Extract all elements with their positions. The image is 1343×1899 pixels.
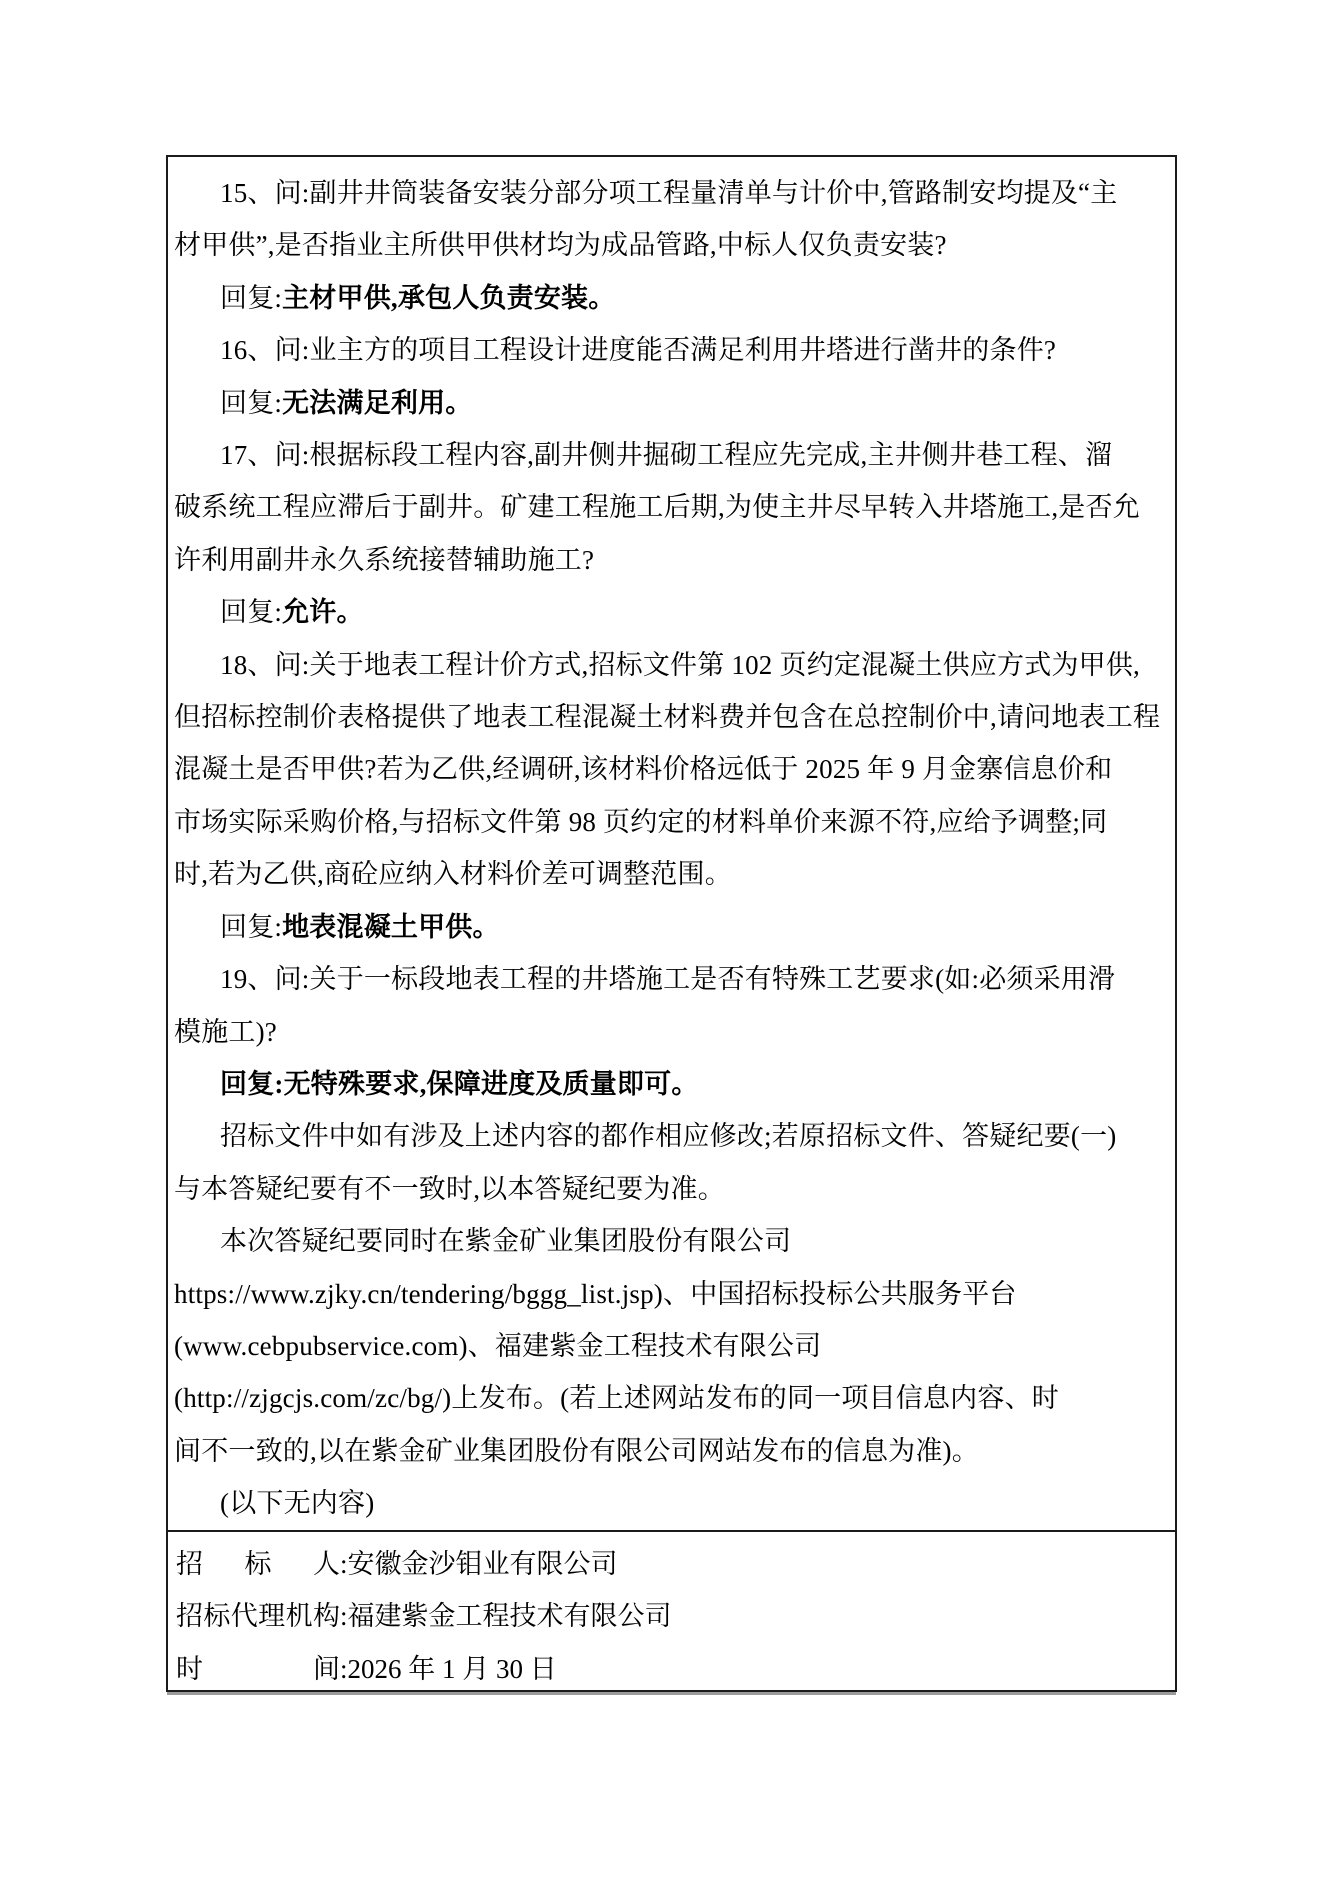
footer-label: 时间 — [176, 1643, 340, 1688]
body-text: 破系统工程应滞后于副井。矿建工程施工后期,为使主井尽早转入井塔施工,是否允 — [174, 492, 1140, 522]
body-text: 回复: — [220, 283, 282, 313]
footer-label: 招标人 — [176, 1538, 340, 1590]
body-text: 19、问:关于一标段地表工程的井塔施工是否有特殊工艺要求(如:必须采用滑 — [220, 964, 1115, 994]
body-text: https://www.zjky.cn/tendering/bggg_list.… — [174, 1279, 1017, 1309]
body-text: 回复: — [220, 388, 282, 418]
footer-label-colon: : — [340, 1654, 348, 1684]
footer-label-char: 机 — [286, 1590, 313, 1642]
footer-label: 招标代理机构 — [176, 1590, 340, 1642]
footer-label-colon: : — [340, 1601, 348, 1631]
document-line: https://www.zjky.cn/tendering/bggg_list.… — [174, 1268, 1173, 1320]
document-line: 模施工)? — [174, 1006, 1173, 1058]
document-line: 市场实际采购价格,与招标文件第 98 页约定的材料单价来源不符,应给予调整;同 — [174, 796, 1173, 848]
footer-value: 安徽金沙钼业有限公司 — [348, 1549, 618, 1579]
body-text: 15、问:副井井筒装备安装分部分项工程量清单与计价中,管路制安均提及“主 — [220, 178, 1117, 208]
footer-label-char: 代 — [231, 1590, 258, 1642]
document-line: 时,若为乙供,商砼应纳入材料价差可调整范围。 — [174, 848, 1173, 900]
footer-row: 招标人:安徽金沙钼业有限公司 — [176, 1538, 1173, 1590]
body-text: 17、问:根据标段工程内容,副井侧井掘砌工程应先完成,主井侧井巷工程、溜 — [220, 440, 1112, 470]
body-text: 回复: — [220, 912, 282, 942]
answer-text: 地表混凝土甲供。 — [282, 912, 500, 942]
footer-label-char: 构 — [313, 1590, 340, 1642]
body-text: (www.cebpubservice.com)、福建紫金工程技术有限公司 — [174, 1331, 821, 1361]
document-line: 混凝土是否甲供?若为乙供,经调研,该材料价格远低于 2025 年 9 月金寨信息… — [174, 743, 1173, 795]
answer-text: 无法满足利用。 — [282, 388, 472, 418]
document-line: 与本答疑纪要有不一致时,以本答疑纪要为准。 — [174, 1163, 1173, 1215]
footer-label-colon: : — [340, 1549, 348, 1579]
answer-text: 主材甲供,承包人负责安装。 — [282, 283, 615, 313]
body-text: 市场实际采购价格,与招标文件第 98 页约定的材料单价来源不符,应给予调整;同 — [174, 807, 1107, 837]
footer-label-char: 招 — [176, 1538, 203, 1590]
body-text: (http://zjgcjs.com/zc/bg/)上发布。(若上述网站发布的同… — [174, 1383, 1059, 1413]
footer-value: 2026 年 1 月 30 日 — [348, 1654, 557, 1684]
footer-label-char: 间 — [313, 1643, 340, 1688]
document-page: 15、问:副井井筒装备安装分部分项工程量清单与计价中,管路制安均提及“主材甲供”… — [0, 0, 1343, 1899]
body-text: 回复: — [220, 597, 282, 627]
body-text: 材甲供”,是否指业主所供甲供材均为成品管路,中标人仅负责安装? — [174, 230, 947, 260]
body-text: 18、问:关于地表工程计价方式,招标文件第 102 页约定混凝土供应方式为甲供, — [220, 650, 1140, 680]
document-line: 15、问:副井井筒装备安装分部分项工程量清单与计价中,管路制安均提及“主 — [174, 167, 1173, 219]
footer-section: 招标人:安徽金沙钼业有限公司招标代理机构:福建紫金工程技术有限公司时间:2026… — [168, 1532, 1175, 1688]
document-line: 招标文件中如有涉及上述内容的都作相应修改;若原招标文件、答疑纪要(一) — [174, 1110, 1173, 1162]
body-text: 混凝土是否甲供?若为乙供,经调研,该材料价格远低于 2025 年 9 月金寨信息… — [174, 754, 1112, 784]
footer-label-char: 人 — [313, 1538, 340, 1590]
body-text: 模施工)? — [174, 1017, 277, 1047]
body-text: 本次答疑纪要同时在紫金矿业集团股份有限公司 — [220, 1226, 791, 1256]
document-line: 许利用副井永久系统接替辅助施工? — [174, 534, 1173, 586]
body-text: 但招标控制价表格提供了地表工程混凝土材料费并包含在总控制价中,请问地表工程 — [174, 702, 1160, 732]
qa-section: 15、问:副井井筒装备安装分部分项工程量清单与计价中,管路制安均提及“主材甲供”… — [168, 157, 1175, 1532]
document-line: 回复:无法满足利用。 — [174, 377, 1173, 429]
document-line: (www.cebpubservice.com)、福建紫金工程技术有限公司 — [174, 1320, 1173, 1372]
document-table: 15、问:副井井筒装备安装分部分项工程量清单与计价中,管路制安均提及“主材甲供”… — [166, 155, 1177, 1692]
document-line: 回复:允许。 — [174, 586, 1173, 638]
footer-row: 时间:2026 年 1 月 30 日 — [176, 1643, 1173, 1688]
document-line: 回复:地表混凝土甲供。 — [174, 901, 1173, 953]
document-line: 本次答疑纪要同时在紫金矿业集团股份有限公司 — [174, 1215, 1173, 1267]
footer-value: 福建紫金工程技术有限公司 — [348, 1601, 672, 1631]
footer-label-char: 时 — [176, 1643, 203, 1688]
footer-label-char: 理 — [258, 1590, 285, 1642]
document-line: (http://zjgcjs.com/zc/bg/)上发布。(若上述网站发布的同… — [174, 1372, 1173, 1424]
document-line: 材甲供”,是否指业主所供甲供材均为成品管路,中标人仅负责安装? — [174, 219, 1173, 271]
answer-text: 回复:无特殊要求,保障进度及质量即可。 — [220, 1069, 699, 1099]
document-line: 破系统工程应滞后于副井。矿建工程施工后期,为使主井尽早转入井塔施工,是否允 — [174, 481, 1173, 533]
document-line: 回复:无特殊要求,保障进度及质量即可。 — [174, 1058, 1173, 1110]
document-line: 19、问:关于一标段地表工程的井塔施工是否有特殊工艺要求(如:必须采用滑 — [174, 953, 1173, 1005]
document-line: 回复:主材甲供,承包人负责安装。 — [174, 272, 1173, 324]
document-line: 16、问:业主方的项目工程设计进度能否满足利用井塔进行凿井的条件? — [174, 324, 1173, 376]
body-text: 时,若为乙供,商砼应纳入材料价差可调整范围。 — [174, 859, 732, 889]
footer-label-char: 标 — [203, 1590, 230, 1642]
body-text: 许利用副井永久系统接替辅助施工? — [174, 545, 594, 575]
footer-label-char: 招 — [176, 1590, 203, 1642]
document-line: 但招标控制价表格提供了地表工程混凝土材料费并包含在总控制价中,请问地表工程 — [174, 691, 1173, 743]
answer-text: 允许。 — [282, 597, 364, 627]
body-text: (以下无内容) — [220, 1488, 374, 1518]
document-line: 17、问:根据标段工程内容,副井侧井掘砌工程应先完成,主井侧井巷工程、溜 — [174, 429, 1173, 481]
document-line: 18、问:关于地表工程计价方式,招标文件第 102 页约定混凝土供应方式为甲供, — [174, 639, 1173, 691]
document-line: (以下无内容) — [174, 1477, 1173, 1529]
body-text: 间不一致的,以在紫金矿业集团股份有限公司网站发布的信息为准)。 — [174, 1436, 979, 1466]
footer-label-char: 标 — [245, 1538, 272, 1590]
footer-row: 招标代理机构:福建紫金工程技术有限公司 — [176, 1590, 1173, 1642]
body-text: 16、问:业主方的项目工程设计进度能否满足利用井塔进行凿井的条件? — [220, 335, 1056, 365]
body-text: 与本答疑纪要有不一致时,以本答疑纪要为准。 — [174, 1174, 725, 1204]
document-line: 间不一致的,以在紫金矿业集团股份有限公司网站发布的信息为准)。 — [174, 1425, 1173, 1477]
body-text: 招标文件中如有涉及上述内容的都作相应修改;若原招标文件、答疑纪要(一) — [220, 1121, 1116, 1151]
